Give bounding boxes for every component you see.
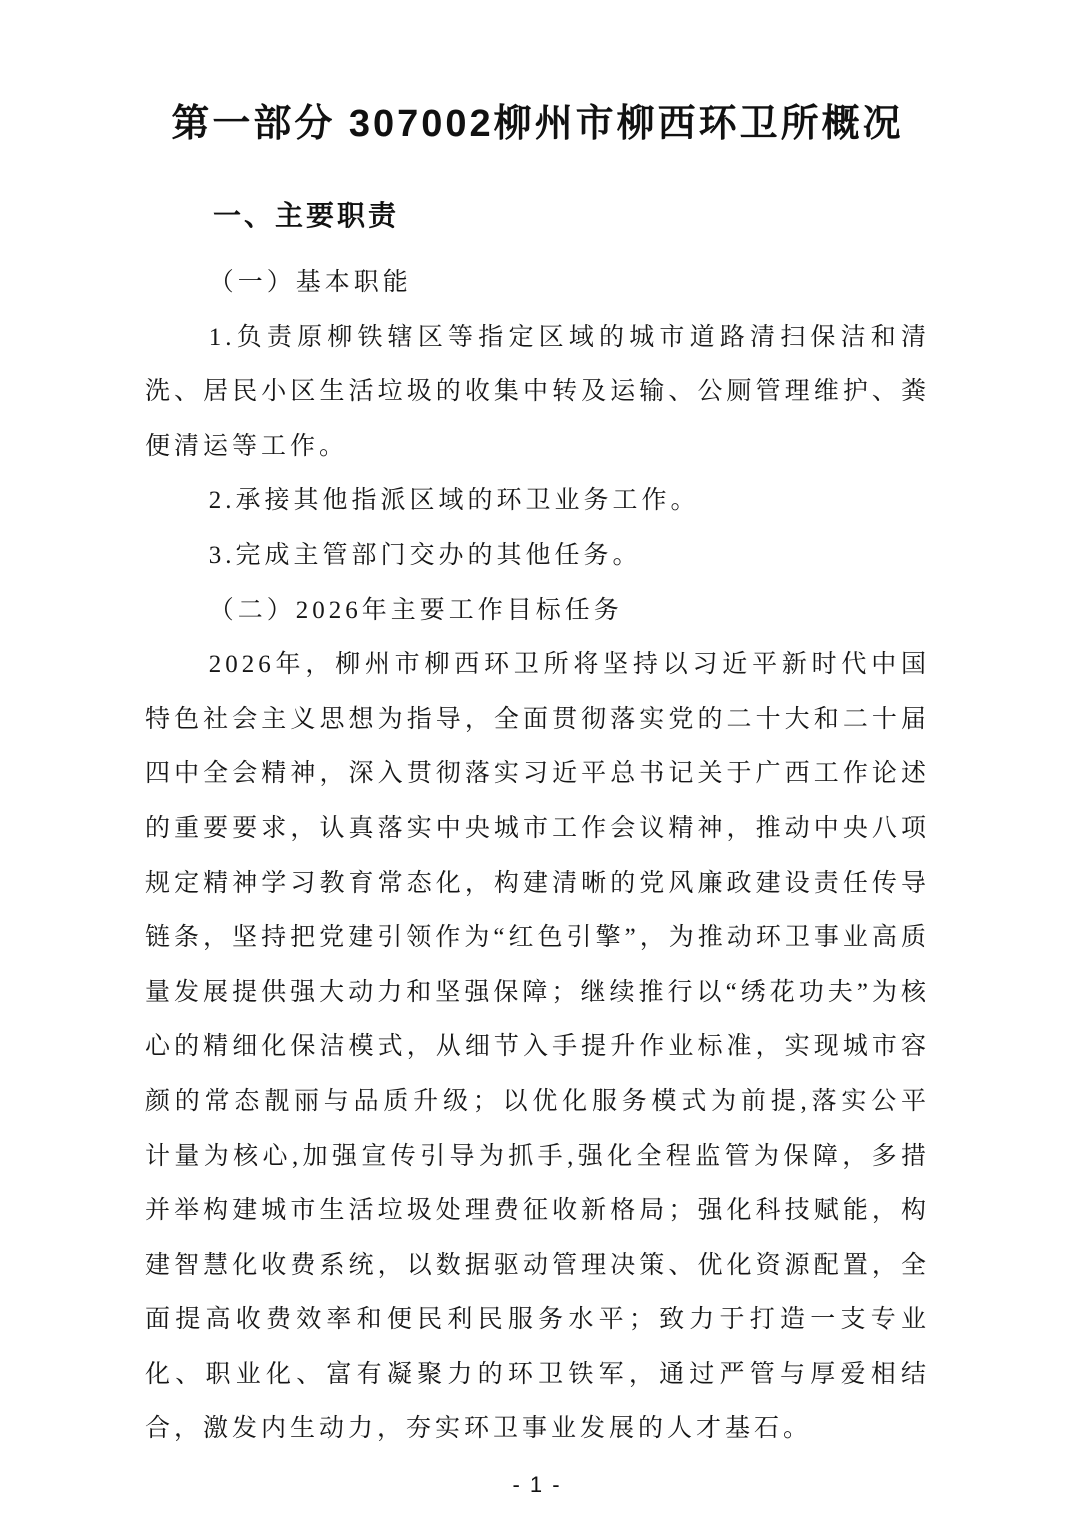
paragraph: （一）基本职能 (145, 256, 930, 311)
paragraph: 2026年，柳州市柳西环卫所将坚持以习近平新时代中国特色社会主义思想为指导，全面… (145, 638, 930, 1457)
page-title: 第一部分 307002柳州市柳西环卫所概况 (145, 96, 930, 152)
body-paragraphs: （一）基本职能1.负责原柳铁辖区等指定区域的城市道路清扫保洁和清洗、居民小区生活… (145, 256, 930, 1457)
paragraph: 3.完成主管部门交办的其他任务。 (145, 529, 930, 584)
paragraph: 1.负责原柳铁辖区等指定区域的城市道路清扫保洁和清洗、居民小区生活垃圾的收集中转… (145, 311, 930, 475)
section-heading: 一、主要职责 (145, 198, 930, 234)
page-number: - 1 - (0, 1472, 1074, 1498)
paragraph: 2.承接其他指派区域的环卫业务工作。 (145, 474, 930, 529)
document-page: 第一部分 307002柳州市柳西环卫所概况 一、主要职责 （一）基本职能1.负责… (0, 0, 1074, 1520)
document-content: 第一部分 307002柳州市柳西环卫所概况 一、主要职责 （一）基本职能1.负责… (0, 0, 1074, 1457)
paragraph: （二）2026年主要工作目标任务 (145, 584, 930, 639)
